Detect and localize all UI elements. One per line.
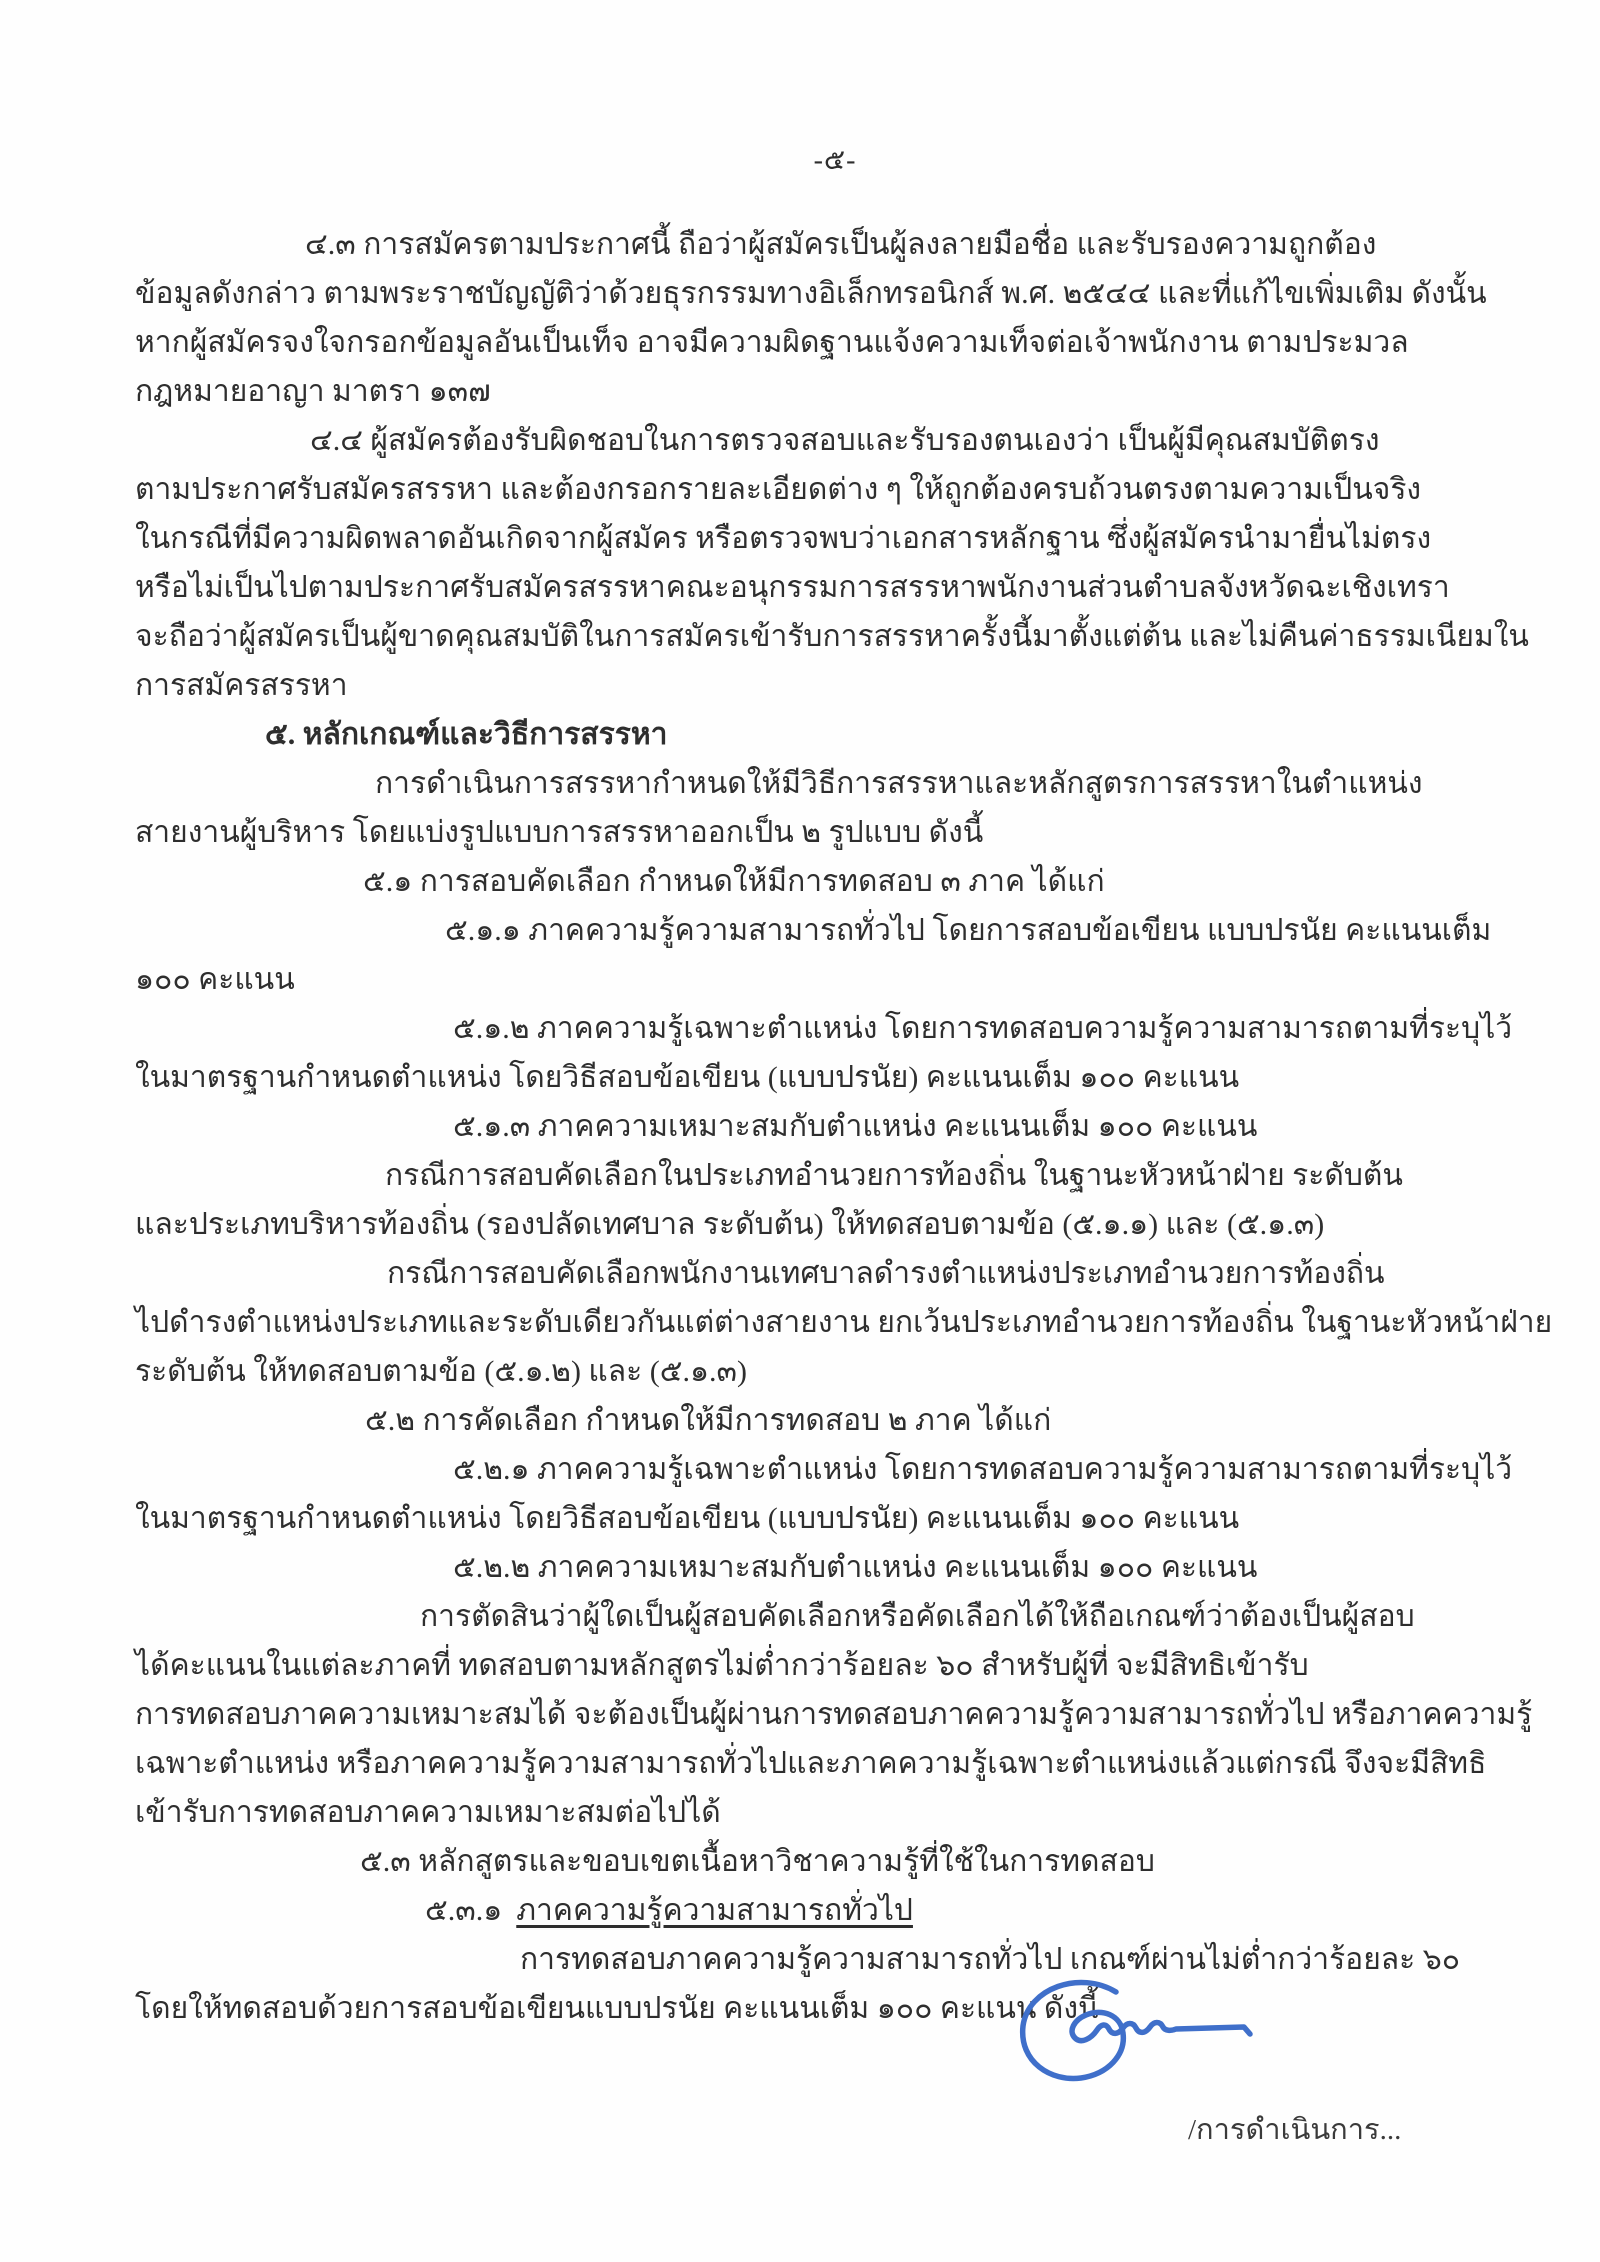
text-line: เฉพาะตำแหน่ง หรือภาคความรู้ความสามารถทั่…: [135, 1739, 1495, 1788]
section-heading-5: ๕. หลักเกณฑ์และวิธีการสรรหา: [135, 710, 1495, 759]
paragraph-clause-4-4: ๔.๔ ผู้สมัครต้องรับผิดชอบในการตรวจสอบและ…: [135, 416, 1495, 710]
paragraph-general-knowledge-test: การทดสอบภาคความรู้ความสามารถทั่วไป เกณฑ์…: [135, 1935, 1495, 2033]
paragraph-case-municipal-officer: กรณีการสอบคัดเลือกพนักงานเทศบาลดำรงตำแหน…: [135, 1249, 1495, 1396]
clause-title-underlined: ภาคความรู้ความสามารถทั่วไป: [516, 1894, 913, 1927]
text-line: ๕.๑.๑ ภาคความรู้ความสามารถทั่วไป โดยการส…: [135, 906, 1495, 955]
text-line: การสมัครสรรหา: [135, 661, 1495, 710]
text-line: ๕.๑.๒ ภาคความรู้เฉพาะตำแหน่ง โดยการทดสอบ…: [135, 1004, 1495, 1053]
paragraph-clause-5-1-1: ๕.๑.๑ ภาคความรู้ความสามารถทั่วไป โดยการส…: [135, 906, 1495, 1004]
paragraph-section-5-intro: การดำเนินการสรรหากำหนดให้มีวิธีการสรรหาแ…: [135, 759, 1495, 857]
text-line: ๕.๑ การสอบคัดเลือก กำหนดให้มีการทดสอบ ๓ …: [135, 857, 1495, 906]
text-line: ๕.๒ การคัดเลือก กำหนดให้มีการทดสอบ ๒ ภาค…: [135, 1396, 1495, 1445]
clause-number: ๕.๓.๑: [425, 1894, 502, 1927]
text-line: ในกรณีที่มีความผิดพลาดอันเกิดจากผู้สมัคร…: [135, 514, 1495, 563]
paragraph-clause-4-3: ๔.๓ การสมัครตามประกาศนี้ ถือว่าผู้สมัครเ…: [135, 220, 1495, 416]
paragraph-judging-criteria: การตัดสินว่าผู้ใดเป็นผู้สอบคัดเลือกหรือค…: [135, 1592, 1495, 1837]
paragraph-case-director-local: กรณีการสอบคัดเลือกในประเภทอำนวยการท้องถิ…: [135, 1151, 1495, 1249]
text-line: กรณีการสอบคัดเลือกพนักงานเทศบาลดำรงตำแหน…: [135, 1249, 1495, 1298]
text-line: ๕.๑.๓ ภาคความเหมาะสมกับตำแหน่ง คะแนนเต็ม…: [135, 1102, 1495, 1151]
paragraph-clause-5-3-1: ๕.๓.๑ภาคความรู้ความสามารถทั่วไป: [135, 1886, 1495, 1935]
text-line: ตามประกาศรับสมัครสรรหา และต้องกรอกรายละเ…: [135, 465, 1495, 514]
text-line: ไปดำรงตำแหน่งประเภทและระดับเดียวกันแต่ต่…: [135, 1298, 1495, 1347]
text-line: ข้อมูลดังกล่าว ตามพระราชบัญญัติว่าด้วยธุ…: [135, 269, 1495, 318]
text-line: จะถือว่าผู้สมัครเป็นผู้ขาดคุณสมบัติในการ…: [135, 612, 1495, 661]
paragraph-clause-5-1-2: ๕.๑.๒ ภาคความรู้เฉพาะตำแหน่ง โดยการทดสอบ…: [135, 1004, 1495, 1102]
signature-stroke: [1023, 1982, 1250, 2078]
text-line: ๕.๓.๑ภาคความรู้ความสามารถทั่วไป: [135, 1886, 1495, 1935]
text-line: สายงานผู้บริหาร โดยแบ่งรูปแบบการสรรหาออก…: [135, 808, 1495, 857]
text-line: ในมาตรฐานกำหนดตำแหน่ง โดยวิธีสอบข้อเขียน…: [135, 1053, 1495, 1102]
text-line: ๕. หลักเกณฑ์และวิธีการสรรหา: [135, 710, 1495, 759]
text-line: ๔.๔ ผู้สมัครต้องรับผิดชอบในการตรวจสอบและ…: [135, 416, 1495, 465]
text-line: การดำเนินการสรรหากำหนดให้มีวิธีการสรรหาแ…: [135, 759, 1495, 808]
text-line: หรือไม่เป็นไปตามประกาศรับสมัครสรรหาคณะอน…: [135, 563, 1495, 612]
document-page: -๕- ๔.๓ การสมัครตามประกาศนี้ ถือว่าผู้สม…: [0, 0, 1600, 2262]
paragraph-clause-5-2-2: ๕.๒.๒ ภาคความเหมาะสมกับตำแหน่ง คะแนนเต็ม…: [135, 1543, 1495, 1592]
text-line: โดยให้ทดสอบด้วยการสอบข้อเขียนแบบปรนัย คะ…: [135, 1984, 1495, 2033]
text-line: ๕.๒.๑ ภาคความรู้เฉพาะตำแหน่ง โดยการทดสอบ…: [135, 1445, 1495, 1494]
signature-ink-scribble: [1012, 1970, 1268, 2088]
text-line: และประเภทบริหารท้องถิ่น (รองปลัดเทศบาล ร…: [135, 1200, 1495, 1249]
text-line: หากผู้สมัครจงใจกรอกข้อมูลอันเป็นเท็จ อาจ…: [135, 318, 1495, 367]
document-body: ๔.๓ การสมัครตามประกาศนี้ ถือว่าผู้สมัครเ…: [135, 220, 1495, 2033]
paragraph-clause-5-1-3: ๕.๑.๓ ภาคความเหมาะสมกับตำแหน่ง คะแนนเต็ม…: [135, 1102, 1495, 1151]
text-line: กรณีการสอบคัดเลือกในประเภทอำนวยการท้องถิ…: [135, 1151, 1495, 1200]
text-line: ๕.๒.๒ ภาคความเหมาะสมกับตำแหน่ง คะแนนเต็ม…: [135, 1543, 1495, 1592]
paragraph-clause-5-3: ๕.๓ หลักสูตรและขอบเขตเนื้อหาวิชาความรู้ท…: [135, 1837, 1495, 1886]
paragraph-clause-5-1: ๕.๑ การสอบคัดเลือก กำหนดให้มีการทดสอบ ๓ …: [135, 857, 1495, 906]
text-line: การตัดสินว่าผู้ใดเป็นผู้สอบคัดเลือกหรือค…: [135, 1592, 1495, 1641]
text-line: เข้ารับการทดสอบภาคความเหมาะสมต่อไปได้: [135, 1788, 1495, 1837]
paragraph-clause-5-2: ๕.๒ การคัดเลือก กำหนดให้มีการทดสอบ ๒ ภาค…: [135, 1396, 1495, 1445]
paragraph-clause-5-2-1: ๕.๒.๑ ภาคความรู้เฉพาะตำแหน่ง โดยการทดสอบ…: [135, 1445, 1495, 1543]
text-line: ในมาตรฐานกำหนดตำแหน่ง โดยวิธีสอบข้อเขียน…: [135, 1494, 1495, 1543]
text-line: ๕.๓ หลักสูตรและขอบเขตเนื้อหาวิชาความรู้ท…: [135, 1837, 1495, 1886]
continuation-note: /การดำเนินการ...: [1188, 2106, 1401, 2155]
text-line: ๔.๓ การสมัครตามประกาศนี้ ถือว่าผู้สมัครเ…: [135, 220, 1495, 269]
page-number: -๕-: [0, 138, 1600, 182]
text-line: ระดับต้น ให้ทดสอบตามข้อ (๕.๑.๒) และ (๕.๑…: [135, 1347, 1495, 1396]
text-line: การทดสอบภาคความเหมาะสมได้ จะต้องเป็นผู้ผ…: [135, 1690, 1495, 1739]
text-line: การทดสอบภาคความรู้ความสามารถทั่วไป เกณฑ์…: [135, 1935, 1495, 1984]
text-line: ๑๐๐ คะแนน: [135, 955, 1495, 1004]
text-line: กฎหมายอาญา มาตรา ๑๓๗: [135, 367, 1495, 416]
text-line: ได้คะแนนในแต่ละภาคที่ ทดสอบตามหลักสูตรไม…: [135, 1641, 1495, 1690]
